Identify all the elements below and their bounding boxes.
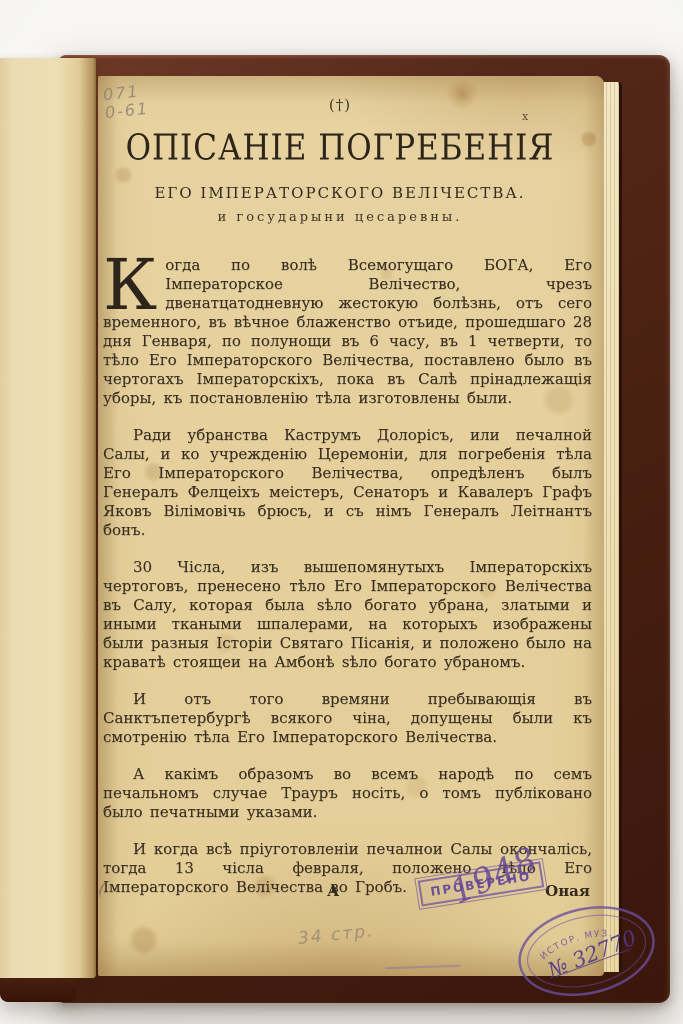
- body-text: Когда по волѣ Всемогущаго БОГА, Его Імпе…: [103, 256, 592, 915]
- cross-mark: (†): [100, 96, 580, 114]
- page-subtitle-2: и государыни цесаревны.: [100, 210, 580, 225]
- paragraph: Ради убранства Каструмъ Долорісъ, или пе…: [103, 426, 592, 540]
- page-header: (†) ОПІСАНІЕ ПОГРЕБЕНІЯ ЕГО ІМПЕРАТОРСКО…: [100, 96, 580, 225]
- paragraph: 30 Чісла, изъ вышепомянутыхъ Імператорск…: [103, 558, 592, 672]
- page-block-fore-edge: [602, 82, 622, 972]
- paragraph: Когда по волѣ Всемогущаго БОГА, Его Імпе…: [103, 256, 592, 408]
- page-title: ОПІСАНІЕ ПОГРЕБЕНІЯ: [100, 127, 580, 169]
- left-page-edge: [0, 58, 96, 978]
- book-cover-bottom-edge: [0, 976, 76, 1002]
- catchword: Оная: [545, 882, 590, 900]
- press-figure-mark: x: [522, 110, 528, 123]
- paragraph: А какімъ образомъ во всемъ народѣ по сем…: [103, 765, 592, 822]
- drop-cap-initial: К: [103, 256, 165, 312]
- signature-mark: А: [327, 882, 339, 900]
- page-subtitle: ЕГО ІМПЕРАТОРСКОГО ВЕЛІЧЕСТВА.: [100, 184, 580, 202]
- paragraph: И отъ того времяни пребывающія въ Санктъ…: [103, 690, 592, 747]
- paragraph-text: огда по волѣ Всемогущаго БОГА, Его Імпер…: [103, 256, 592, 407]
